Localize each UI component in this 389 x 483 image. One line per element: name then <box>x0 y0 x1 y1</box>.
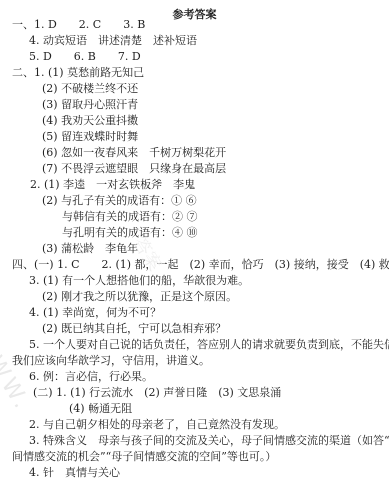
answer-line: 与韩信有关的成语有：② ⑦ <box>62 210 198 224</box>
answer-line: 3. 特殊含义 母亲与孩子间的交流及关心，母子间情感交流的渠道（如答“母子 <box>29 434 389 448</box>
answer-line: 二、1. (1) 莫愁前路无知己 <box>12 66 144 80</box>
answer-line: (3) 蒲松龄 李龟年 <box>42 242 138 256</box>
answer-line: 2. 与自己朝夕相处的母亲老了，自己竟然没有发现。 <box>29 418 285 432</box>
answer-line: 6. 例：言必信，行必果。 <box>29 370 153 384</box>
answer-line: 3. (1) 有一个人想搭他们的船，华歆很为难。 <box>29 274 249 288</box>
answer-line: 2. (1) 李逵 一对玄铁板斧 李鬼 <box>30 178 195 192</box>
answer-line: 4. 动宾短语 讲述清楚 述补短语 <box>29 34 197 48</box>
answer-line: (5) 留连戏蝶时时舞 <box>42 130 138 144</box>
answer-line: 5. D 6. B 7. D <box>29 50 141 64</box>
answer-line: 间情感交流的机会”“母子间情感交流的空间”等也可。） <box>12 450 276 464</box>
answer-line: (2) 不破楼兰终不还 <box>42 82 138 96</box>
answer-line: (2) 刚才我之所以犹豫，正是这个原因。 <box>42 290 237 304</box>
answer-line: 一、1. D 2. C 3. B <box>12 18 145 32</box>
answer-line: 5. 一个人要对自己说的话负责任，答应别人的请求就要负责到底，不能失信于人。 <box>29 338 389 352</box>
answer-line: (2) 既已纳其自托，宁可以急相弃邪？ <box>42 322 226 336</box>
answer-line: (4) 畅通无阻 <box>69 402 132 416</box>
answer-line: 4. 针 真情与关心 <box>29 466 120 480</box>
answer-line: 四、(一) 1. C 2. (1) 都，一起 (2) 幸而，恰巧 (3) 接纳，… <box>12 258 389 272</box>
answer-line: 我们应该向华歆学习，守信用，讲道义。 <box>12 354 210 368</box>
answer-line: (3) 留取丹心照汗青 <box>42 98 138 112</box>
answer-line: (7) 不畏浮云遮望眼 只缘身在最高层 <box>42 162 226 176</box>
answer-line: 与孔明有关的成语有：④ ⑩ <box>62 226 198 240</box>
answer-line: (6) 忽如一夜春风来 千树万树梨花开 <box>42 146 226 160</box>
answer-line: (2) 与孔子有关的成语有：① ⑥ <box>42 194 197 208</box>
answer-line: 4. (1) 幸尚宽，何为不可？ <box>29 306 161 320</box>
answer-line: (二) 1. (1) 行云流水 (2) 声誉日隆 (3) 文思泉涌 <box>33 386 281 400</box>
answer-line: (4) 我劝天公重抖擞 <box>42 114 138 128</box>
